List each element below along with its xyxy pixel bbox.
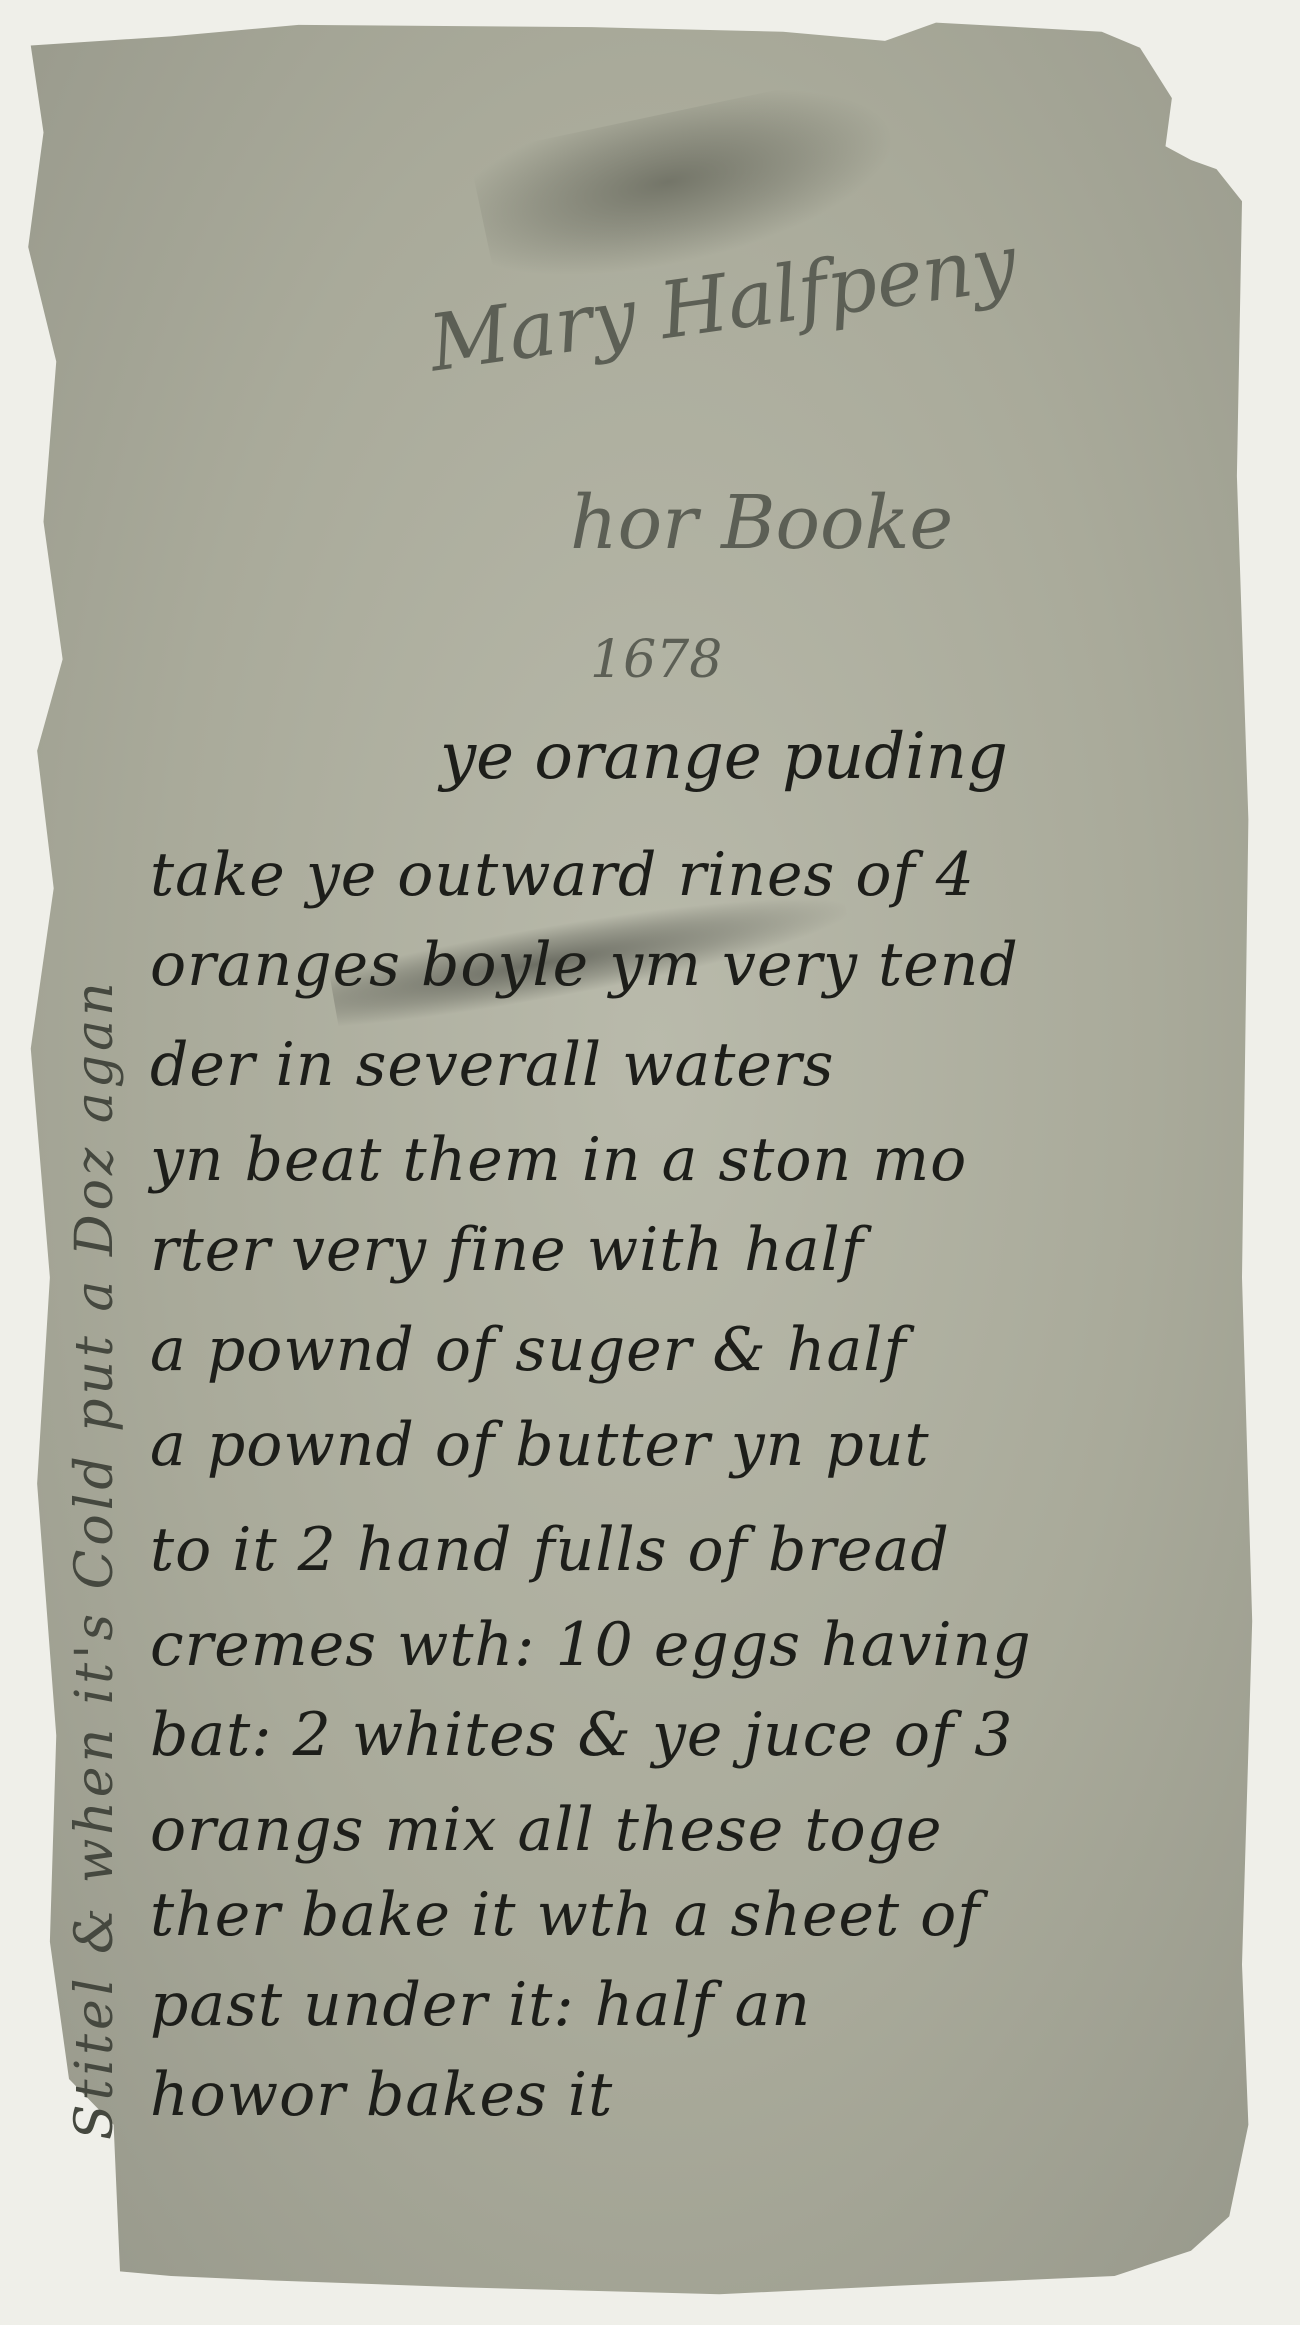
recipe-line: take ye outward rines of 4 <box>150 840 975 910</box>
recipe-line: howor bakes it <box>150 2060 613 2130</box>
year: 1678 <box>590 630 722 690</box>
recipe-line: rter very fine with half <box>150 1215 864 1285</box>
recipe-title: ye orange puding <box>440 720 1008 794</box>
recipe-line: yn beat them in a ston mo <box>150 1125 967 1195</box>
recipe-line: past under it: half an <box>150 1970 811 2040</box>
recipe-line: bat: 2 whites & ye juce of 3 <box>150 1700 1013 1770</box>
recipe-line: oranges boyle ym very tend <box>150 930 1019 1000</box>
owner-subtitle: hor Booke <box>570 480 953 566</box>
recipe-line: cremes wth: 10 eggs having <box>150 1610 1032 1680</box>
recipe-line: a pownd of butter yn put <box>150 1410 930 1480</box>
recipe-line: a pownd of suger & half <box>150 1315 907 1385</box>
recipe-line: to it 2 hand fulls of bread <box>150 1515 950 1585</box>
margin-note: Stitel & when it's Cold put a Doz agan <box>65 978 125 2140</box>
recipe-line: orangs mix all these toge <box>150 1795 943 1865</box>
recipe-line: der in severall waters <box>150 1030 834 1100</box>
recipe-line: ther bake it wth a sheet of <box>150 1880 981 1950</box>
